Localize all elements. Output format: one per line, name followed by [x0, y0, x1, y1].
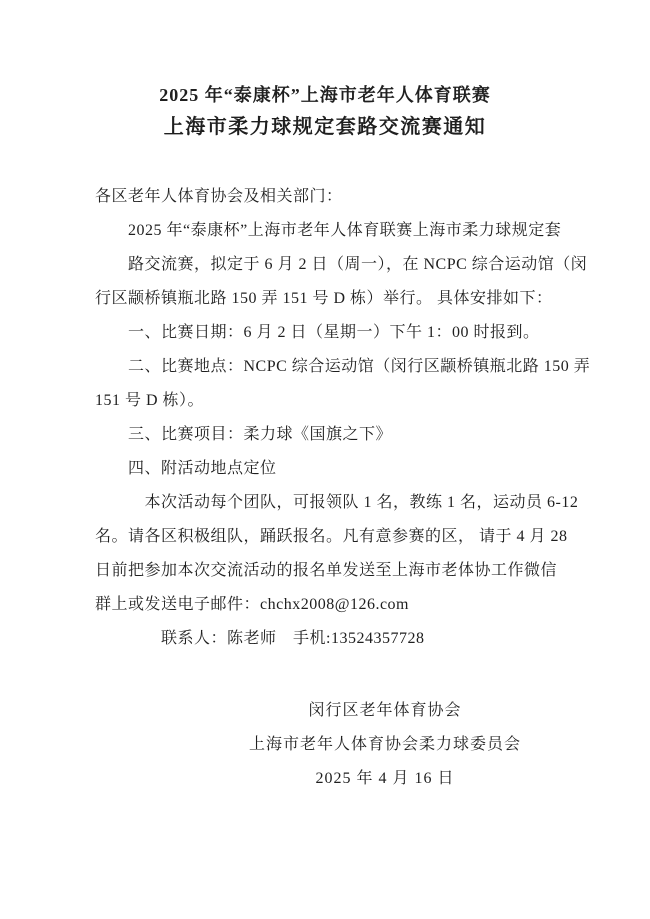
- registration-paragraph-line: 本次活动每个团队，可报领队 1 名，教练 1 名，运动员 6-12: [95, 486, 590, 520]
- registration-paragraph-line: 日前把参加本次交流活动的报名单发送至上海市老体协工作微信: [95, 554, 590, 588]
- signature-date: 2025 年 4 月 16 日: [228, 762, 542, 796]
- signature-org-1: 闵行区老年体育协会: [228, 694, 542, 728]
- item-2-location-line: 151 号 D 栋）。: [95, 384, 590, 418]
- registration-paragraph-line: 名。请各区积极组队，踊跃报名。凡有意参赛的区， 请于 4 月 28: [95, 520, 590, 554]
- contact-line: 联系人：陈老师 手机:13524357728: [95, 622, 590, 656]
- document-title-line1: 2025 年“泰康杯”上海市老年人体育联赛: [0, 83, 650, 107]
- item-3-event-line: 三、比赛项目：柔力球《国旗之下》: [95, 418, 590, 452]
- notice-document-page: 2025 年“泰康杯”上海市老年人体育联赛 上海市柔力球规定套路交流赛通知 各区…: [0, 0, 650, 919]
- document-title-line2: 上海市柔力球规定套路交流赛通知: [0, 113, 650, 141]
- signature-block: 闵行区老年体育协会 上海市老年人体育协会柔力球委员会 2025 年 4 月 16…: [228, 694, 542, 796]
- item-1-date-line: 一、比赛日期：6 月 2 日（星期一）下午 1：00 时报到。: [95, 316, 590, 350]
- intro-paragraph-line: 2025 年“泰康杯”上海市老年人体育联赛上海市柔力球规定套: [95, 214, 590, 248]
- signature-org-2: 上海市老年人体育协会柔力球委员会: [228, 728, 542, 762]
- item-2-location-line: 二、比赛地点：NCPC 综合运动馆（闵行区颛桥镇瓶北路 150 弄: [95, 350, 590, 384]
- email-line: 群上或发送电子邮件：chchx2008@126.com: [95, 588, 590, 622]
- item-4-map-line: 四、附活动地点定位: [95, 452, 590, 486]
- document-body: 各区老年人体育协会及相关部门： 2025 年“泰康杯”上海市老年人体育联赛上海市…: [95, 180, 590, 656]
- intro-paragraph-line: 路交流赛，拟定于 6 月 2 日（周一），在 NCPC 综合运动馆（闵: [95, 248, 590, 282]
- salutation-line: 各区老年人体育协会及相关部门：: [95, 180, 590, 214]
- intro-paragraph-line: 行区颛桥镇瓶北路 150 弄 151 号 D 栋）举行。 具体安排如下：: [95, 282, 590, 316]
